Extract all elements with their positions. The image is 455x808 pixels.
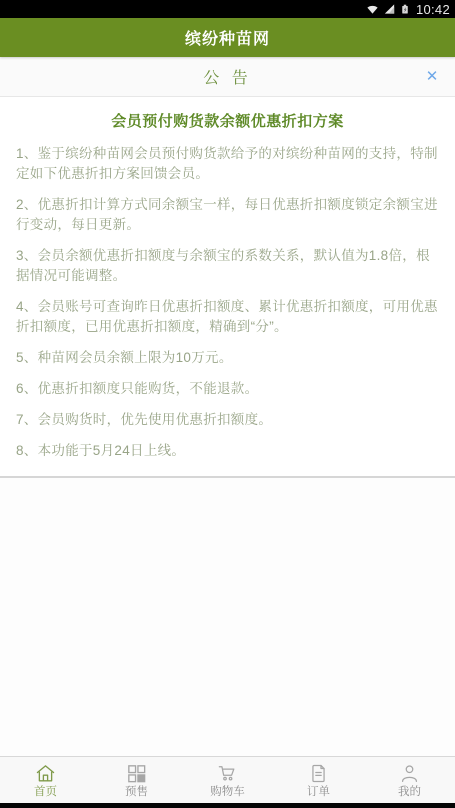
status-bar: 10:42 xyxy=(0,0,455,18)
notice-card: 会员预付购货款余额优惠折扣方案 1、鉴于缤纷种苗网会员预付购货款给予的对缤纷种苗… xyxy=(0,97,455,478)
app-screen: 10:42 缤纷种苗网 公 告 ✕ 会员预付购货款余额优惠折扣方案 1、鉴于缤纷… xyxy=(0,0,455,808)
tab-orders[interactable]: 订单 xyxy=(273,757,364,803)
notice-item: 7、会员购货时，优先使用优惠折扣额度。 xyxy=(16,410,439,430)
close-button[interactable]: ✕ xyxy=(419,64,445,90)
tab-home[interactable]: 首页 xyxy=(0,757,91,803)
announcement-title: 公 告 xyxy=(203,65,251,88)
notice-title: 会员预付购货款余额优惠折扣方案 xyxy=(16,110,439,131)
wifi-icon xyxy=(365,2,380,16)
presale-grid-icon xyxy=(125,762,148,785)
order-icon xyxy=(307,762,330,785)
tab-presale[interactable]: 预售 xyxy=(91,757,182,803)
close-icon: ✕ xyxy=(426,69,439,84)
battery-charging-icon xyxy=(399,2,411,16)
notice-item: 1、鉴于缤纷种苗网会员预付购货款给予的对缤纷种苗网的支持，特制定如下优惠折扣方案… xyxy=(16,144,439,184)
tab-mine[interactable]: 我的 xyxy=(364,757,455,803)
notice-item: 5、种苗网会员余额上限为10万元。 xyxy=(16,348,439,368)
tab-presale-label: 预售 xyxy=(125,786,148,800)
notice-item: 2、优惠折扣计算方式同余额宝一样，每日优惠折扣额度锁定余额宝进行变动，每日更新。 xyxy=(16,195,439,235)
notice-item: 4、会员账号可查询昨日优惠折扣额度、累计优惠折扣额度，可用优惠折扣额度，已用优惠… xyxy=(16,297,439,337)
tab-bar: 首页 预售 购物车 订单 xyxy=(0,756,455,803)
notice-item: 6、优惠折扣额度只能购货，不能退款。 xyxy=(16,379,439,399)
notice-item: 3、会员余额优惠折扣额度与余额宝的系数关系，默认值为1.8倍，根据情况可能调整。 xyxy=(16,246,439,286)
user-icon xyxy=(398,762,421,785)
tab-mine-label: 我的 xyxy=(398,786,421,800)
signal-strength-icon xyxy=(382,2,397,16)
content-background xyxy=(0,478,455,756)
status-time: 10:42 xyxy=(416,3,450,16)
android-nav-strip xyxy=(0,803,455,808)
notice-item: 8、本功能于5月24日上线。 xyxy=(16,441,439,461)
tab-cart-label: 购物车 xyxy=(210,786,245,800)
cart-icon xyxy=(216,762,239,785)
app-header: 缤纷种苗网 xyxy=(0,18,455,57)
announcement-bar: 公 告 ✕ xyxy=(0,57,455,97)
home-icon xyxy=(34,762,57,785)
tab-home-label: 首页 xyxy=(34,786,57,800)
app-title: 缤纷种苗网 xyxy=(185,26,270,49)
tab-cart[interactable]: 购物车 xyxy=(182,757,273,803)
tab-orders-label: 订单 xyxy=(307,786,330,800)
